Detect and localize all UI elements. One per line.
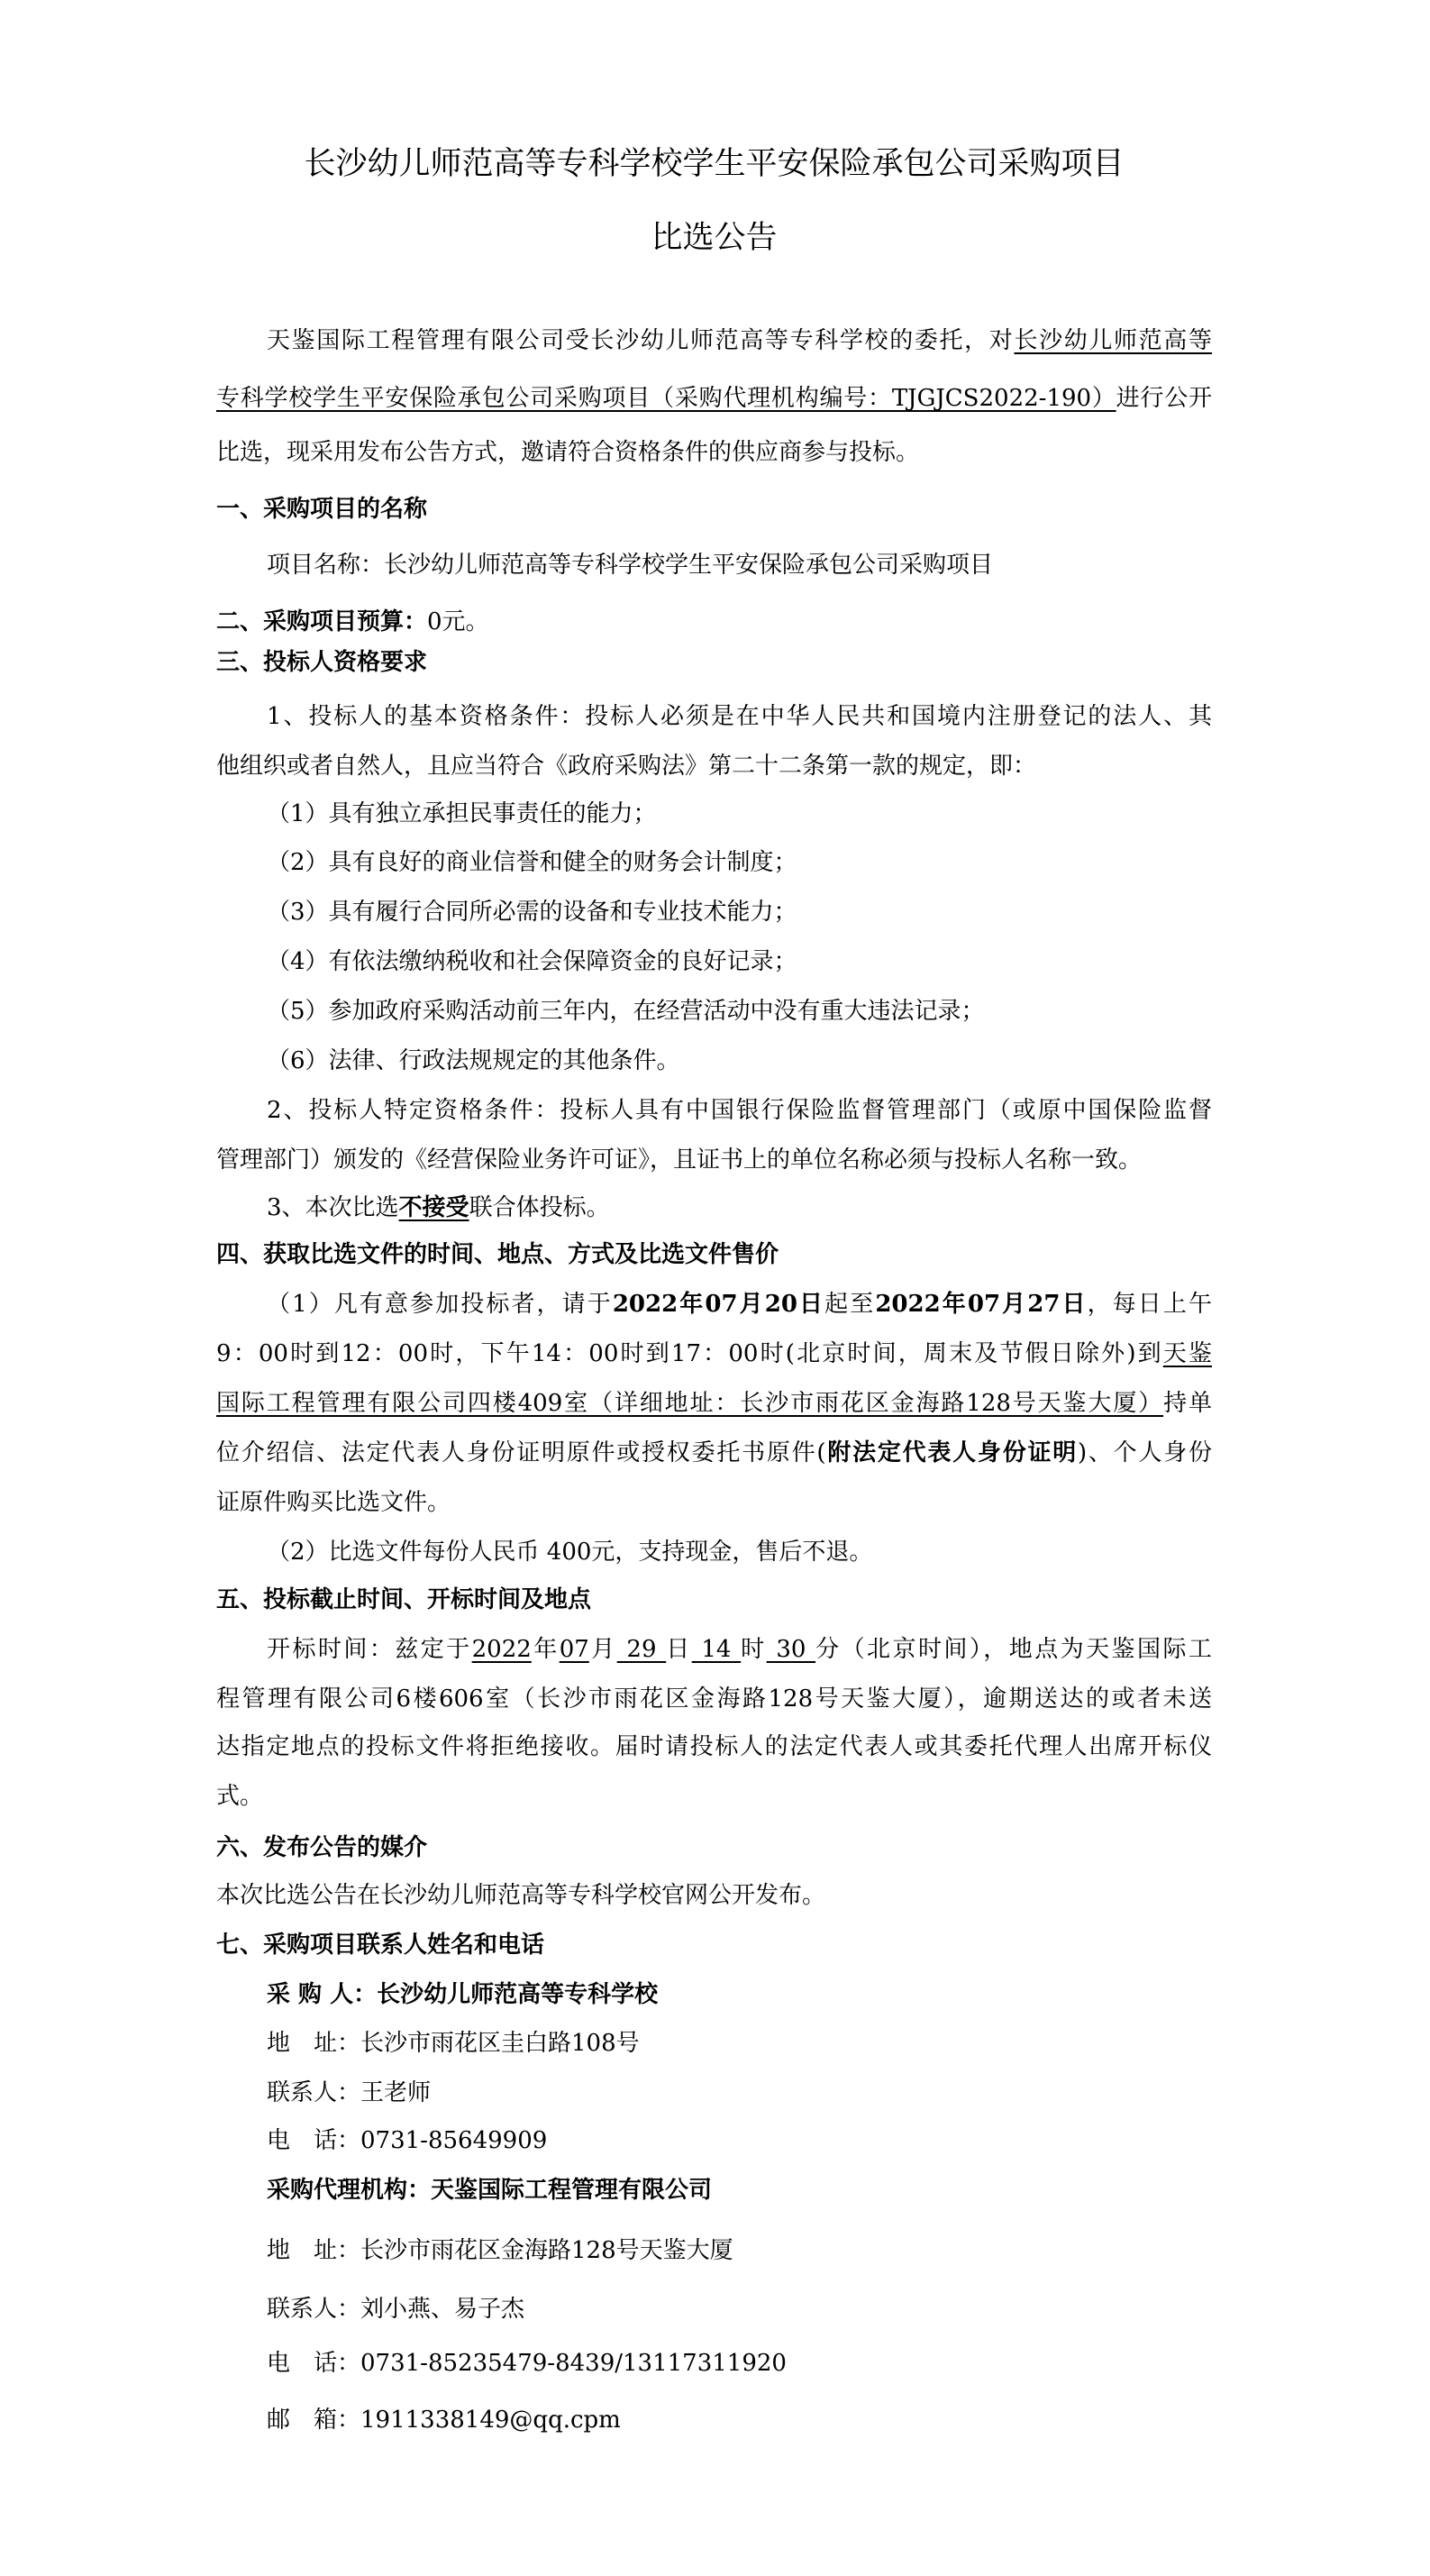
text-segment: 时 <box>741 1636 766 1663</box>
bold-text: 七、采购项目联系人姓名和电话 <box>216 1932 544 1959</box>
text-line: 证原件购买比选文件。 <box>216 1487 1212 1518</box>
text-segment: 日 <box>666 1636 691 1663</box>
text-line: （1）凡有意参加投标者，请于2022年07月20日起至2022年07月27日，每… <box>267 1289 1212 1320</box>
text-line: 电 话：0731-85235479-8439/13117311920 <box>267 2348 1212 2379</box>
text-segment: （1）具有独立承担民事责任的能力； <box>267 800 657 827</box>
underlined-text: 国际工程管理有限公司四楼409室（详细地址：长沙市雨花区金海路128号天鉴大厦） <box>216 1390 1163 1417</box>
text-segment: 3、本次比选 <box>267 1194 399 1221</box>
text-segment: 开标时间：兹定于 <box>267 1636 472 1663</box>
text-segment: 2、投标人特定资格条件：投标人具有中国银行保险监督管理部门（或原中国保险监督 <box>267 1097 1212 1124</box>
underlined-text: 天鉴 <box>1163 1340 1212 1367</box>
text-line: 本次比选公告在长沙幼儿师范高等专科学校官网公开发布。 <box>216 1880 1212 1911</box>
bold-text: 2022年07月27日 <box>875 1291 1087 1318</box>
bold-text: 不接受 <box>399 1194 469 1221</box>
text-segment: 1、投标人的基本资格条件：投标人必须是在中华人民共和国境内注册登记的法人、其 <box>267 703 1212 730</box>
text-segment: 电 话：0731-85235479-8439/13117311920 <box>267 2350 787 2377</box>
text-line: 采 购 人：长沙幼儿师范高等专科学校 <box>267 1979 1212 2010</box>
text-line: 2、投标人特定资格条件：投标人具有中国银行保险监督管理部门（或原中国保险监督 <box>267 1095 1212 1126</box>
text-segment: 0元。 <box>427 608 489 635</box>
text-segment: 联系人：王老师 <box>267 2079 431 2106</box>
text-line: 电 话：0731-85649909 <box>267 2125 1212 2156</box>
text-segment: 项目名称：长沙幼儿师范高等专科学校学生平安保险承包公司采购项目 <box>267 552 993 579</box>
text-segment: 地 址：长沙市雨花区圭白路108号 <box>267 2030 640 2057</box>
text-line: 联系人：王老师 <box>267 2078 1212 2108</box>
text-line: 七、采购项目联系人姓名和电话 <box>216 1930 1212 1960</box>
underlined-text: 2022 <box>472 1636 532 1663</box>
text-segment: （1）凡有意参加投标者，请于 <box>267 1291 613 1318</box>
text-line: 达指定地点的投标文件将拒绝接收。届时请投标人的法定代表人或其委托代理人出席开标仪 <box>216 1731 1212 1762</box>
text-line: （6）法律、行政法规规定的其他条件。 <box>267 1046 1212 1076</box>
text-segment: 位介绍信、法定代表人身份证明原件或授权委托书原件( <box>216 1439 826 1466</box>
text-segment: 联合体投标。 <box>469 1194 610 1221</box>
text-segment: 联系人：刘小燕、易子杰 <box>267 2296 524 2323</box>
text-segment: 年 <box>532 1636 560 1663</box>
text-line: 二、采购项目预算：0元。 <box>216 607 1212 637</box>
text-segment: （2）具有良好的商业信誉和健全的财务会计制度； <box>267 849 797 876</box>
bold-text: 2022年07月20日 <box>613 1291 824 1318</box>
text-segment: ，每日上午 <box>1088 1291 1212 1318</box>
text-segment: 持单 <box>1163 1390 1212 1417</box>
text-segment: 本次比选公告在长沙幼儿师范高等专科学校官网公开发布。 <box>216 1882 825 1909</box>
text-line: 六、发布公告的媒介 <box>216 1832 1212 1863</box>
bold-text: 附法定代表人身份证明 <box>826 1439 1078 1466</box>
text-line: 三、投标人资格要求 <box>216 647 1212 678</box>
text-line: （5）参加政府采购活动前三年内，在经营活动中没有重大违法记录； <box>267 996 1212 1027</box>
text-segment: （4）有依法缴纳税收和社会保障资金的良好记录； <box>267 948 797 975</box>
text-line: （2）具有良好的商业信誉和健全的财务会计制度； <box>267 847 1212 878</box>
text-line: 邮 箱：1911338149@qq.cpm <box>267 2405 1212 2435</box>
text-line: 式。 <box>216 1781 1212 1812</box>
document-page: 长沙幼儿师范高等专科学校学生平安保险承包公司采购项目 比选公告 天鉴国际工程管理… <box>0 0 1430 2576</box>
text-segment: 起至 <box>824 1291 875 1318</box>
text-segment: 达指定地点的投标文件将拒绝接收。届时请投标人的法定代表人或其委托代理人出席开标仪 <box>216 1733 1212 1760</box>
text-line: 比选，现采用发布公告方式，邀请符合资格条件的供应商参与投标。 <box>216 437 1212 468</box>
underlined-text: 14 <box>692 1636 742 1663</box>
text-segment: 他组织或者自然人，且应当符合《政府采购法》第二十二条第一款的规定，即： <box>216 753 1036 780</box>
bold-text: 五、投标截止时间、开标时间及地点 <box>216 1586 591 1613</box>
bold-text: 采 购 人：长沙幼儿师范高等专科学校 <box>267 1981 658 2008</box>
text-line: 天鉴国际工程管理有限公司受长沙幼儿师范高等专科学校的委托，对长沙幼儿师范高等 <box>267 325 1212 356</box>
text-segment: （3）具有履行合同所必需的设备和专业技术能力； <box>267 899 797 926</box>
bold-text: 三、投标人资格要求 <box>216 649 427 676</box>
text-segment: 月 <box>589 1636 617 1663</box>
underlined-text: 专科学校学生平安保险承包公司采购项目（采购代理机构编号：TJGJCS2022-1… <box>216 385 1116 412</box>
text-line: 项目名称：长沙幼儿师范高等专科学校学生平安保险承包公司采购项目 <box>267 550 1212 580</box>
text-line: 地 址：长沙市雨花区圭白路108号 <box>267 2028 1212 2059</box>
text-line: 他组织或者自然人，且应当符合《政府采购法》第二十二条第一款的规定，即： <box>216 751 1212 781</box>
underlined-text: 30 <box>767 1636 816 1663</box>
text-segment: 比选，现采用发布公告方式，邀请符合资格条件的供应商参与投标。 <box>216 439 919 466</box>
text-line: （4）有依法缴纳税收和社会保障资金的良好记录； <box>267 946 1212 977</box>
text-segment: 管理部门）颁发的《经营保险业务许可证》，且证书上的单位名称必须与投标人名称一致。 <box>216 1146 1142 1174</box>
text-segment: 进行公开 <box>1116 385 1212 412</box>
text-line: 管理部门）颁发的《经营保险业务许可证》，且证书上的单位名称必须与投标人名称一致。 <box>216 1145 1212 1175</box>
text-segment: 地 址：长沙市雨花区金海路128号天鉴大厦 <box>267 2237 733 2264</box>
text-segment: 分（北京时间），地点为天鉴国际工 <box>815 1636 1212 1663</box>
text-line: 程管理有限公司6楼606室（长沙市雨花区金海路128号天鉴大厦），逾期送达的或者… <box>216 1684 1212 1714</box>
title-line-1: 长沙幼儿师范高等专科学校学生平安保险承包公司采购项目 <box>216 144 1212 184</box>
text-segment: 证原件购买比选文件。 <box>216 1489 451 1516</box>
bold-text: 二、采购项目预算： <box>216 608 427 635</box>
text-segment: 天鉴国际工程管理有限公司受长沙幼儿师范高等专科学校的委托，对 <box>267 327 1014 354</box>
underlined-text: 29 <box>617 1636 667 1663</box>
text-segment: 电 话：0731-85649909 <box>267 2127 547 2154</box>
text-line: 四、获取比选文件的时间、地点、方式及比选文件售价 <box>216 1239 1212 1270</box>
text-line: 国际工程管理有限公司四楼409室（详细地址：长沙市雨花区金海路128号天鉴大厦）… <box>216 1388 1212 1419</box>
text-segment: （2）比选文件每份人民币 400元，支持现金，售后不退。 <box>267 1539 872 1566</box>
title-line-2: 比选公告 <box>216 218 1212 258</box>
text-line: 专科学校学生平安保险承包公司采购项目（采购代理机构编号：TJGJCS2022-1… <box>216 383 1212 414</box>
text-segment: （5）参加政府采购活动前三年内，在经营活动中没有重大违法记录； <box>267 998 985 1025</box>
text-line: 五、投标截止时间、开标时间及地点 <box>216 1585 1212 1615</box>
text-line: 9：00时到12：00时，下午14：00时到17：00时(北京时间，周末及节假日… <box>216 1338 1212 1369</box>
underlined-text: 长沙幼儿师范高等 <box>1014 327 1212 354</box>
text-segment: 程管理有限公司6楼606室（长沙市雨花区金海路128号天鉴大厦），逾期送达的或者… <box>216 1685 1212 1713</box>
text-line: 一、采购项目的名称 <box>216 494 1212 525</box>
text-line: 采购代理机构：天鉴国际工程管理有限公司 <box>267 2175 1212 2206</box>
text-line: 1、投标人的基本资格条件：投标人必须是在中华人民共和国境内注册登记的法人、其 <box>267 701 1212 732</box>
text-segment: （6）法律、行政法规规定的其他条件。 <box>267 1047 680 1074</box>
text-segment: 9：00时到12：00时，下午14：00时到17：00时(北京时间，周末及节假日… <box>216 1340 1163 1367</box>
text-line: 3、本次比选不接受联合体投标。 <box>267 1192 1212 1223</box>
text-line: 开标时间：兹定于2022年07月 29 日 14 时 30 分（北京时间），地点… <box>267 1634 1212 1665</box>
bold-text: 采购代理机构：天鉴国际工程管理有限公司 <box>267 2177 712 2204</box>
text-line: 地 址：长沙市雨花区金海路128号天鉴大厦 <box>267 2235 1212 2266</box>
text-line: （1）具有独立承担民事责任的能力； <box>267 799 1212 829</box>
text-line: 联系人：刘小燕、易子杰 <box>267 2294 1212 2325</box>
bold-text: 六、发布公告的媒介 <box>216 1834 427 1861</box>
bold-text: 一、采购项目的名称 <box>216 496 427 523</box>
text-line: （2）比选文件每份人民币 400元，支持现金，售后不退。 <box>267 1537 1212 1567</box>
text-segment: 式。 <box>216 1783 263 1810</box>
bold-text: 四、获取比选文件的时间、地点、方式及比选文件售价 <box>216 1241 779 1268</box>
text-segment: 邮 箱：1911338149@qq.cpm <box>267 2407 621 2434</box>
text-segment: )、个人身份 <box>1078 1439 1212 1466</box>
underlined-text: 07 <box>560 1636 589 1663</box>
text-line: 位介绍信、法定代表人身份证明原件或授权委托书原件(附法定代表人身份证明)、个人身… <box>216 1438 1212 1468</box>
text-line: （3）具有履行合同所必需的设备和专业技术能力； <box>267 897 1212 927</box>
